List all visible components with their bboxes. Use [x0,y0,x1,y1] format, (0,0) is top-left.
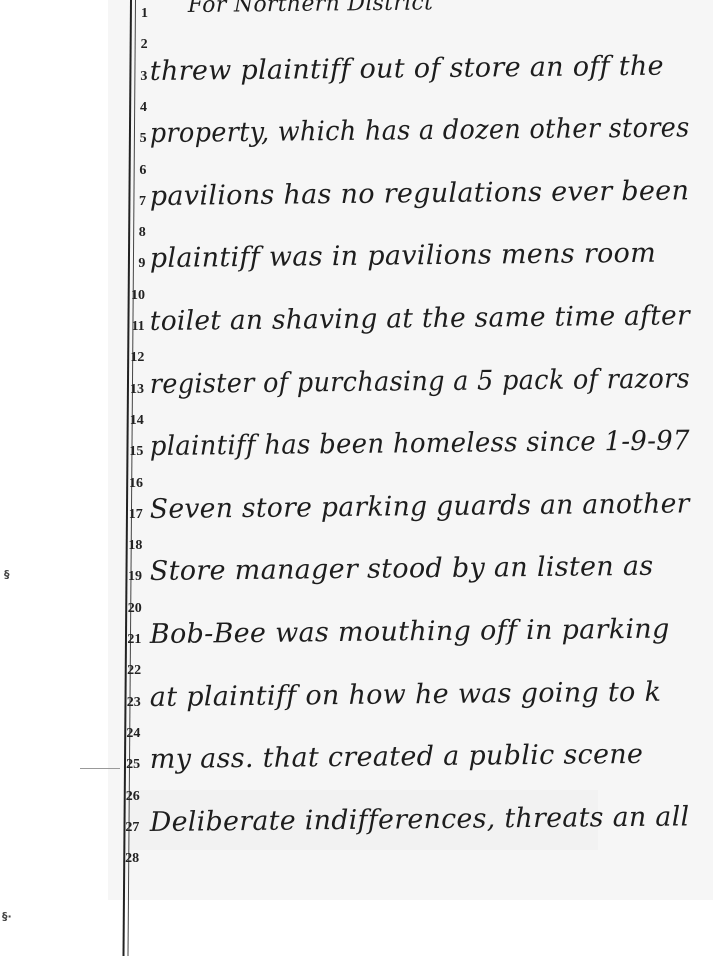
line-number: 19 [114,570,142,584]
handwritten-line: toilet an shaving at the same time after [150,300,690,337]
line-number: 6 [118,164,146,178]
line-number: 20 [114,602,142,616]
line-number: 16 [115,477,143,491]
line-number: 17 [115,508,143,522]
line-number: 12 [116,351,144,365]
line-number: 22 [113,664,141,678]
line-number: 9 [117,257,145,271]
handwritten-line: plaintiff was in pavilions mens room [150,238,657,274]
line-number: 4 [119,101,147,115]
line-number: 28 [111,852,139,866]
line-number: 3 [119,70,147,84]
line-number: 5 [119,132,147,146]
line-number: 15 [115,445,143,459]
line-number: 23 [113,696,141,710]
handwritten-line: at plaintiff on how he was going to k [150,676,662,712]
margin-mark: §· [2,910,12,923]
handwritten-line: register of purchasing a 5 pack of razor… [150,363,690,400]
line-number: 7 [118,195,146,209]
line-number: 13 [116,383,144,397]
line-number: 2 [120,38,148,52]
line-number: 10 [117,289,145,303]
handwritten-line: Deliberate indifferences, threats an all [150,801,690,838]
handwritten-line: For Northern District [188,0,434,18]
line-number: 18 [114,539,142,553]
line-number: 11 [117,320,145,334]
handwritten-line: Store manager stood by an listen as [150,551,654,587]
line-number: 1 [120,7,148,21]
line-number: 14 [116,414,144,428]
line-number: 27 [111,821,139,835]
handwritten-line: property, which has a dozen other stores [150,113,690,150]
handwritten-line: pavilions has no regulations ever been [150,175,690,212]
line-number: 21 [113,633,141,647]
handwritten-line: Seven store parking guards an another [150,488,690,525]
handwritten-line: threw plaintiff out of store an off the [150,50,664,86]
handwritten-line: plaintiff has been homeless since 1-9-97 [150,426,690,463]
handwritten-line: Bob-Bee was mouthing off in parking [150,614,670,650]
line-number: 25 [112,758,140,772]
line-number: 26 [112,790,140,804]
line-number: 8 [118,226,146,240]
line-number: 24 [112,727,140,741]
handwritten-line: my ass. that created a public scene [150,739,644,775]
margin-mark: § [4,568,10,581]
